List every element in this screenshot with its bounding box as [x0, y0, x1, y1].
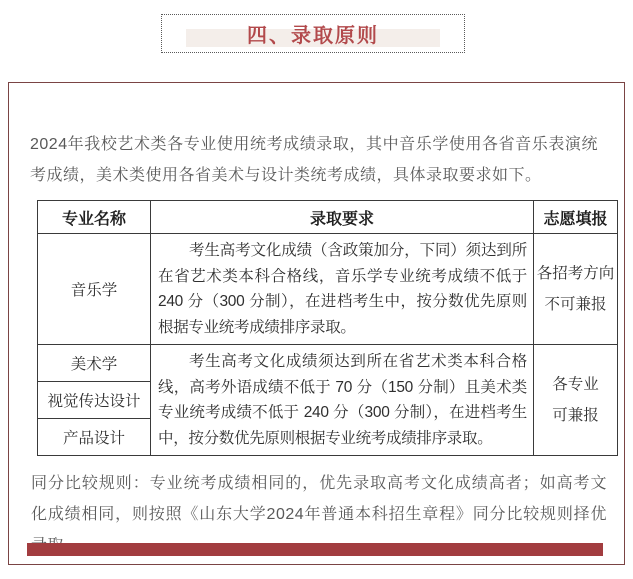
- preference-cell-arts-group: 各专业 可兼报: [534, 345, 618, 456]
- major-cell-fine-arts: 美术学: [38, 345, 151, 382]
- table-row-music: 音乐学 考生高考文化成绩（含政策加分，下同）须达到所在省艺术类本科合格线，音乐学…: [38, 234, 618, 345]
- preference-line: 各招考方向: [534, 258, 617, 289]
- major-cell-product-design: 产品设计: [38, 419, 151, 456]
- requirement-cell-music: 考生高考文化成绩（含政策加分，下同）须达到所在省艺术类本科合格线，音乐学专业统考…: [151, 234, 534, 345]
- table-row-fine-arts: 美术学 考生高考文化成绩须达到所在省艺术类本科合格线，高考外语成绩不低于 70 …: [38, 345, 618, 382]
- table-header-row: 专业名称 录取要求 志愿填报: [38, 201, 618, 234]
- page: 四、录取原则 2024年我校艺术类各专业使用统考成绩录取，其中音乐学使用各省音乐…: [0, 0, 633, 579]
- preference-line: 不可兼报: [534, 289, 617, 320]
- section-title-box: 四、录取原则: [161, 14, 465, 53]
- content-panel: 2024年我校艺术类各专业使用统考成绩录取，其中音乐学使用各省音乐表演统考成绩，…: [8, 82, 625, 565]
- col-header-major: 专业名称: [38, 201, 151, 234]
- preference-line: 各专业: [534, 369, 617, 400]
- bottom-accent-bar: [27, 543, 603, 556]
- major-cell-visual-design: 视觉传达设计: [38, 382, 151, 419]
- admission-table: 专业名称 录取要求 志愿填报 音乐学 考生高考文化成绩（含政策加分，下同）须达到…: [37, 200, 618, 456]
- col-header-preference: 志愿填报: [534, 201, 618, 234]
- col-header-requirement: 录取要求: [151, 201, 534, 234]
- intro-paragraph: 2024年我校艺术类各专业使用统考成绩录取，其中音乐学使用各省音乐表演统考成绩，…: [30, 129, 598, 191]
- preference-line: 可兼报: [534, 400, 617, 431]
- section-title: 四、录取原则: [162, 15, 464, 52]
- major-cell-music: 音乐学: [38, 234, 151, 345]
- preference-cell-music: 各招考方向 不可兼报: [534, 234, 618, 345]
- requirement-text-music: 考生高考文化成绩（含政策加分，下同）须达到所在省艺术类本科合格线，音乐学专业统考…: [158, 238, 527, 340]
- content-panel-inner: 2024年我校艺术类各专业使用统考成绩录取，其中音乐学使用各省音乐表演统考成绩，…: [9, 83, 624, 564]
- requirement-cell-arts-group: 考生高考文化成绩须达到所在省艺术类本科合格线，高考外语成绩不低于 70 分（15…: [151, 345, 534, 456]
- requirement-text-arts-group: 考生高考文化成绩须达到所在省艺术类本科合格线，高考外语成绩不低于 70 分（15…: [158, 349, 527, 451]
